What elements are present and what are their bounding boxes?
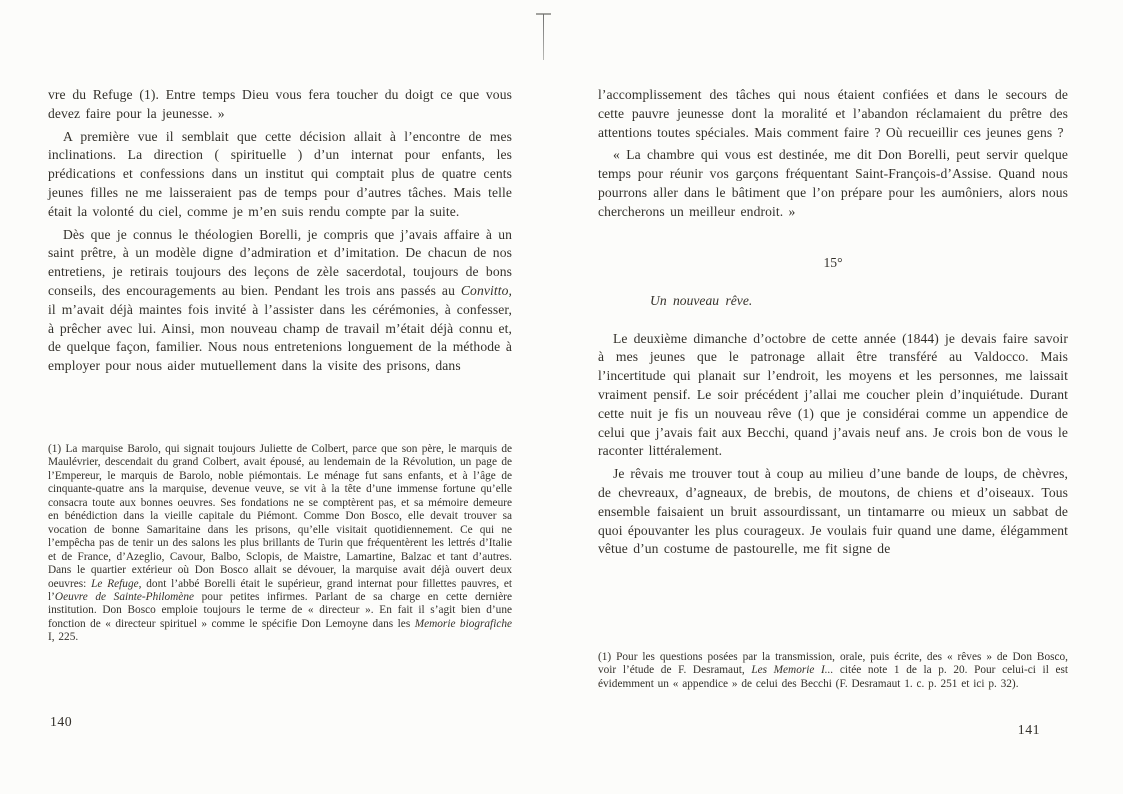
text-run: I, 225.: [48, 631, 78, 643]
italic-run: Le Refuge,: [91, 578, 141, 590]
right-page: l’accomplissement des tâches qui nous ét…: [598, 0, 1068, 794]
text-run: Dès que je connus le théologien Borelli,…: [48, 227, 512, 298]
italic-run: Oeuvre de Sainte-Philomène: [55, 591, 194, 603]
paragraph: Le deuxième dimanche d’octobre de cette …: [598, 330, 1068, 462]
italic-run: Convitto,: [461, 283, 512, 298]
paragraph: vre du Refuge (1). Entre temps Dieu vous…: [48, 86, 512, 124]
paragraph: l’accomplissement des tâches qui nous ét…: [598, 86, 1068, 142]
section-title: Un nouveau rêve.: [598, 291, 1068, 310]
paragraph: Dès que je connus le théologien Borelli,…: [48, 226, 512, 376]
paragraph: A première vue il semblait que cette déc…: [48, 128, 512, 222]
paragraph: Je rêvais me trouver tout à coup au mili…: [598, 465, 1068, 559]
scan-artifact-mark: [543, 14, 544, 60]
right-page-body: l’accomplissement des tâches qui nous ét…: [598, 86, 1068, 559]
text-run: il m’avait déjà maintes fois invité à l’…: [48, 302, 512, 373]
italic-run: Les Memorie I...: [751, 664, 833, 676]
footnote: (1) La marquise Barolo, qui signait touj…: [48, 443, 512, 645]
text-run: (1) La marquise Barolo, qui signait touj…: [48, 443, 512, 590]
page-number: 141: [1018, 722, 1040, 738]
left-page-body: vre du Refuge (1). Entre temps Dieu vous…: [48, 86, 512, 376]
left-page: vre du Refuge (1). Entre temps Dieu vous…: [48, 0, 512, 794]
paragraph: « La chambre qui vous est destinée, me d…: [598, 146, 1068, 221]
footnote: (1) Pour les questions posées par la tra…: [598, 651, 1068, 691]
page-number: 140: [50, 714, 72, 730]
section-number: 15°: [598, 253, 1068, 272]
italic-run: Memorie biografiche: [415, 618, 512, 630]
